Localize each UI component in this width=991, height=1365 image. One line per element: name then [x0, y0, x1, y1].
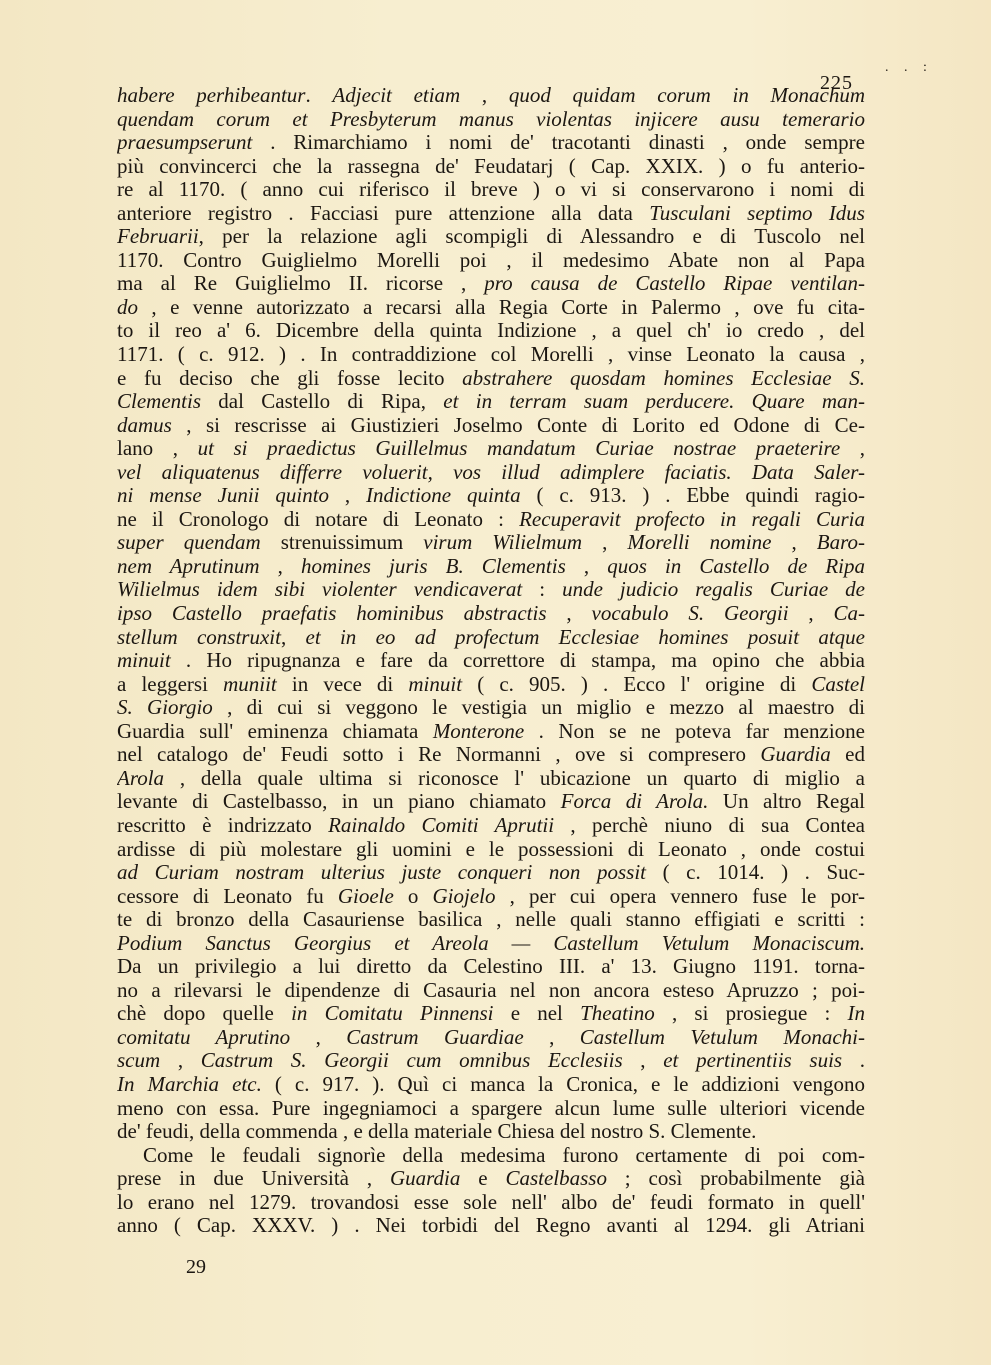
- roman-run: :: [522, 578, 562, 601]
- text-line: cessore di Leonato fu Gioele o Giojelo ,…: [117, 885, 865, 909]
- roman-run: strenuissimum: [261, 531, 424, 554]
- roman-run: e: [460, 1167, 505, 1190]
- roman-run: Un altro Regal: [708, 790, 865, 813]
- roman-run: , della quale ultima si riconosce l' ubi…: [164, 767, 865, 790]
- text-line: minuit . Ho ripugnanza e fare da corrett…: [117, 649, 865, 673]
- roman-run: ,: [566, 555, 607, 578]
- roman-run: , e venne autorizzato a recarsi alla Reg…: [138, 296, 865, 319]
- text-line: S. Giorgio , di cui si veggono le vestig…: [117, 696, 865, 720]
- roman-run: ,: [160, 1049, 201, 1072]
- text-line: prese in due Università , Guardia e Cast…: [117, 1167, 865, 1191]
- roman-run: .: [842, 1049, 865, 1072]
- italic-run: In Marchia etc.: [117, 1073, 262, 1096]
- italic-run: habere perhibeantur: [117, 84, 305, 107]
- italic-run: do: [117, 296, 138, 319]
- roman-run: ,: [524, 1026, 580, 1049]
- italic-run: et in eo ad profectum Ecclesiae homines …: [306, 626, 866, 649]
- italic-run: abstrahere quosdam homines Ecclesiae S.: [462, 367, 865, 390]
- text-line: Da un privilegio a lui diretto da Celest…: [117, 955, 865, 979]
- roman-run: anteriore registro . Facciasi pure atten…: [117, 202, 649, 225]
- roman-run: de' feudi, della commenda , e della mate…: [117, 1120, 756, 1143]
- italic-run: minuit: [408, 673, 462, 696]
- roman-run: rescritto è indrizzato: [117, 814, 328, 837]
- italic-run: damus: [117, 414, 172, 437]
- italic-run: comitatu Aprutino: [117, 1026, 290, 1049]
- italic-run: Arola: [117, 767, 164, 790]
- roman-run: .: [305, 84, 332, 107]
- text-line: 1171. ( c. 912. ) . In contraddizione co…: [117, 343, 865, 367]
- italic-run: et pertinentiis suis: [663, 1049, 842, 1072]
- roman-run: lo erano nel 1279. trovandosi esse sole …: [117, 1191, 865, 1214]
- italic-run: Castelbasso: [505, 1167, 607, 1190]
- italic-run: Indictione quinta: [366, 484, 521, 507]
- italic-run: Wilielmus idem sibi violenter vendicaver…: [117, 578, 522, 601]
- italic-run: Guardia: [390, 1167, 460, 1190]
- italic-run: quod quidam corum in Monachum: [509, 84, 865, 107]
- italic-run: Adjecit etiam: [332, 84, 460, 107]
- text-line: praesumpserunt . Rimarchiamo i nomi de' …: [117, 131, 865, 155]
- roman-run: . Ho ripugnanza e fare da correttore di …: [171, 649, 865, 672]
- italic-run: Forca di Arola.: [561, 790, 709, 813]
- roman-run: , per la relazione agli scompigli di Ale…: [199, 225, 865, 248]
- italic-run: Theatino: [580, 1002, 655, 1025]
- body-text: habere perhibeantur. Adjecit etiam , quo…: [117, 84, 865, 1238]
- italic-run: vel aliquatenus differre voluerit, vos i…: [117, 461, 865, 484]
- italic-run: Morelli nomine: [627, 531, 771, 554]
- roman-run: 1171. ( c. 912. ) . In contraddizione co…: [117, 343, 865, 366]
- italic-run: quos in Castello de Ripa: [607, 555, 865, 578]
- text-line: re al 1170. ( anno cui riferisco il brev…: [117, 178, 865, 202]
- italic-run: Giojelo: [433, 885, 496, 908]
- italic-run: muniit: [223, 673, 277, 696]
- roman-run: ,: [789, 602, 834, 625]
- italic-run: Februarii: [117, 225, 199, 248]
- roman-run: ardisse di più molestare gli uomini e le…: [117, 838, 865, 861]
- roman-run: , si rescrisse ai Giustizieri Joselmo Co…: [172, 414, 865, 437]
- roman-run: Guardia sull' eminenza chiamata: [117, 720, 433, 743]
- text-line: ne il Cronologo di notare di Leonato : R…: [117, 508, 865, 532]
- roman-run: ,: [582, 531, 627, 554]
- roman-run: prese in due Università ,: [117, 1167, 390, 1190]
- text-line: te di bronzo della Casauriense basilica …: [117, 908, 865, 932]
- roman-run: in vece di: [277, 673, 409, 696]
- text-line: to il reo a' 6. Dicembre della quinta In…: [117, 319, 865, 343]
- roman-run: , per cui opera vennero fuse le por-: [496, 885, 865, 908]
- roman-run: ,: [771, 531, 816, 554]
- italic-run: et in terram suam perducere. Quare man-: [443, 390, 865, 413]
- text-line: levante di Castelbasso, in un piano chia…: [117, 790, 865, 814]
- roman-run: e nel: [494, 1002, 581, 1025]
- roman-run: meno con essa. Pure ingegniamoci a sparg…: [117, 1097, 865, 1120]
- roman-run: e fu deciso che gli fosse lecito: [117, 367, 462, 390]
- roman-run: ,: [290, 1026, 346, 1049]
- text-line: scum , Castrum S. Georgii cum omnibus Ec…: [117, 1049, 865, 1073]
- roman-run: levante di Castelbasso, in un piano chia…: [117, 790, 561, 813]
- text-line: chè dopo quelle in Comitatu Pinnensi e n…: [117, 1002, 865, 1026]
- roman-run: , di cui si veggono le vestigia un migli…: [213, 696, 865, 719]
- text-line: no a rilevarsi le dipendenze di Casauria…: [117, 979, 865, 1003]
- text-line: meno con essa. Pure ingegniamoci a sparg…: [117, 1097, 865, 1121]
- printer-signature-mark: 29: [186, 1256, 206, 1279]
- text-line: lo erano nel 1279. trovandosi esse sole …: [117, 1191, 865, 1215]
- text-line: rescritto è indrizzato Rainaldo Comiti A…: [117, 814, 865, 838]
- roman-run: o: [394, 885, 433, 908]
- roman-run: dal Castello di Ripa,: [201, 390, 443, 413]
- roman-run: , perchè niuno di sua Contea: [554, 814, 865, 837]
- roman-run: 1170. Contro Guiglielmo Morelli poi , il…: [117, 249, 865, 272]
- roman-run: to il reo a' 6. Dicembre della quinta In…: [117, 319, 865, 342]
- text-line: de' feudi, della commenda , e della mate…: [117, 1120, 865, 1144]
- roman-run: più convincerci che la rassegna de' Feud…: [117, 155, 865, 178]
- text-line: vel aliquatenus differre voluerit, vos i…: [117, 461, 865, 485]
- roman-run: ; così probabilmente già: [607, 1167, 865, 1190]
- roman-run: a leggersi: [117, 673, 223, 696]
- italic-run: Gioele: [338, 885, 394, 908]
- italic-run: ni mense Junii quinto: [117, 484, 329, 507]
- roman-run: ,: [281, 626, 306, 649]
- roman-run: te di bronzo della Casauriense basilica …: [117, 908, 865, 931]
- text-line: damus , si rescrisse ai Giustizieri Jose…: [117, 414, 865, 438]
- italic-run: ut si praedictus Guillelmus mandatum Cur…: [198, 437, 841, 460]
- text-line: anteriore registro . Facciasi pure atten…: [117, 202, 865, 226]
- text-line: ardisse di più molestare gli uomini e le…: [117, 838, 865, 862]
- text-line: Clementis dal Castello di Ripa, et in te…: [117, 390, 865, 414]
- italic-run: vocabulo S. Georgii: [592, 602, 789, 625]
- italic-run: quendam corum et Presbyterum manus viole…: [117, 108, 865, 131]
- roman-run: lano ,: [117, 437, 198, 460]
- italic-run: Guardia: [760, 743, 830, 766]
- text-line: a leggersi muniit in vece di minuit ( c.…: [117, 673, 865, 697]
- text-line: quendam corum et Presbyterum manus viole…: [117, 108, 865, 132]
- italic-run: Baro-: [817, 531, 865, 554]
- text-line: Arola , della quale ultima si riconosce …: [117, 767, 865, 791]
- italic-run: Castel: [811, 673, 865, 696]
- roman-run: ( c. 905. ) . Ecco l' origine di: [462, 673, 811, 696]
- italic-run: minuit: [117, 649, 171, 672]
- text-line: ipso Castello praefatis hominibus abstra…: [117, 602, 865, 626]
- text-line: Come le feudali signorìe della medesima …: [117, 1144, 865, 1168]
- roman-run: cessore di Leonato fu: [117, 885, 338, 908]
- text-line: Guardia sull' eminenza chiamata Monteron…: [117, 720, 865, 744]
- book-page: 225 . . : habere perhibeantur. Adjecit e…: [0, 0, 991, 1365]
- roman-run: ,: [329, 484, 366, 507]
- roman-run: ed: [831, 743, 865, 766]
- italic-run: Castellum Vetulum Monachi-: [580, 1026, 865, 1049]
- roman-run: no a rilevarsi le dipendenze di Casauria…: [117, 979, 865, 1002]
- italic-run: Podium Sanctus Georgius et Areola — Cast…: [117, 932, 865, 955]
- text-line: ad Curiam nostram ulterius juste conquer…: [117, 861, 865, 885]
- roman-run: Come le feudali signorìe della medesima …: [143, 1144, 865, 1167]
- text-line: In Marchia etc. ( c. 917. ). Quì ci manc…: [117, 1073, 865, 1097]
- italic-run: ipso Castello praefatis hominibus abstra…: [117, 602, 547, 625]
- roman-run: ne il Cronologo di notare di Leonato :: [117, 508, 519, 531]
- text-line: Wilielmus idem sibi violenter vendicaver…: [117, 578, 865, 602]
- roman-run: re al 1170. ( anno cui riferisco il brev…: [117, 178, 865, 201]
- roman-run: ,: [840, 437, 865, 460]
- roman-run: . Rimarchiamo i nomi de' tracotanti dina…: [252, 131, 865, 154]
- italic-run: Castrum S. Georgii cum omnibus Ecclesiis: [201, 1049, 623, 1072]
- text-line: Februarii, per la relazione agli scompig…: [117, 225, 865, 249]
- text-line: nem Aprutinum , homines juris B. Clement…: [117, 555, 865, 579]
- italic-run: Clementis: [117, 390, 201, 413]
- italic-run: stellum construxit: [117, 626, 281, 649]
- text-line: ni mense Junii quinto , Indictione quint…: [117, 484, 865, 508]
- roman-run: , si prosiegue :: [655, 1002, 848, 1025]
- text-line: 1170. Contro Guiglielmo Morelli poi , il…: [117, 249, 865, 273]
- roman-run: ( c. 917. ). Quì ci manca la Cronica, e …: [262, 1073, 865, 1096]
- italic-run: S. Giorgio: [117, 696, 213, 719]
- roman-run: ,: [547, 602, 592, 625]
- text-line: ma al Re Guiglielmo II. ricorse , pro ca…: [117, 272, 865, 296]
- roman-run: ,: [260, 555, 301, 578]
- roman-run: ( c. 1014. ) . Suc-: [646, 861, 865, 884]
- italic-run: virum Wilielmum: [423, 531, 582, 554]
- text-line: nel catalogo de' Feudi sotto i Re Norman…: [117, 743, 865, 767]
- text-line: Podium Sanctus Georgius et Areola — Cast…: [117, 932, 865, 956]
- italic-run: nem Aprutinum: [117, 555, 260, 578]
- italic-run: in Comitatu Pinnensi: [291, 1002, 493, 1025]
- roman-run: nel catalogo de' Feudi sotto i Re Norman…: [117, 743, 760, 766]
- italic-run: homines juris B. Clementis: [301, 555, 566, 578]
- roman-run: ma al Re Guiglielmo II. ricorse ,: [117, 272, 484, 295]
- roman-run: anno ( Cap. XXXV. ) . Nei torbidi del Re…: [117, 1214, 865, 1237]
- italic-run: unde judicio regalis Curiae de: [562, 578, 865, 601]
- text-line: e fu deciso che gli fosse lecito abstrah…: [117, 367, 865, 391]
- roman-run: Da un privilegio a lui diretto da Celest…: [117, 955, 865, 978]
- roman-run: ,: [623, 1049, 664, 1072]
- italic-run: pro causa de Castello Ripae ventilan-: [484, 272, 865, 295]
- roman-run: ( c. 913. ) . Ebbe quindi ragio-: [521, 484, 865, 507]
- text-line: super quendam strenuissimum virum Wiliel…: [117, 531, 865, 555]
- text-line: anno ( Cap. XXXV. ) . Nei torbidi del Re…: [117, 1214, 865, 1238]
- text-line: più convincerci che la rassegna de' Feud…: [117, 155, 865, 179]
- italic-run: ad Curiam nostram ulterius juste conquer…: [117, 861, 646, 884]
- italic-run: Monterone: [433, 720, 524, 743]
- italic-run: Ca-: [834, 602, 865, 625]
- text-line: lano , ut si praedictus Guillelmus manda…: [117, 437, 865, 461]
- italic-run: praesumpserunt: [117, 131, 252, 154]
- text-line: do , e venne autorizzato a recarsi alla …: [117, 296, 865, 320]
- roman-run: chè dopo quelle: [117, 1002, 291, 1025]
- text-line: comitatu Aprutino , Castrum Guardiae , C…: [117, 1026, 865, 1050]
- italic-run: super quendam: [117, 531, 261, 554]
- stray-ink-marks: . . :: [885, 60, 933, 76]
- text-line: stellum construxit, et in eo ad profectu…: [117, 626, 865, 650]
- italic-run: Tusculani septimo Idus: [649, 202, 865, 225]
- italic-run: In: [848, 1002, 865, 1025]
- italic-run: Castrum Guardiae: [346, 1026, 523, 1049]
- text-line: habere perhibeantur. Adjecit etiam , quo…: [117, 84, 865, 108]
- italic-run: Rainaldo Comiti Aprutii: [328, 814, 554, 837]
- roman-run: . Non se ne poteva far menzione: [524, 720, 865, 743]
- roman-run: ,: [460, 84, 509, 107]
- italic-run: scum: [117, 1049, 160, 1072]
- italic-run: Recuperavit profecto in regali Curia: [519, 508, 865, 531]
